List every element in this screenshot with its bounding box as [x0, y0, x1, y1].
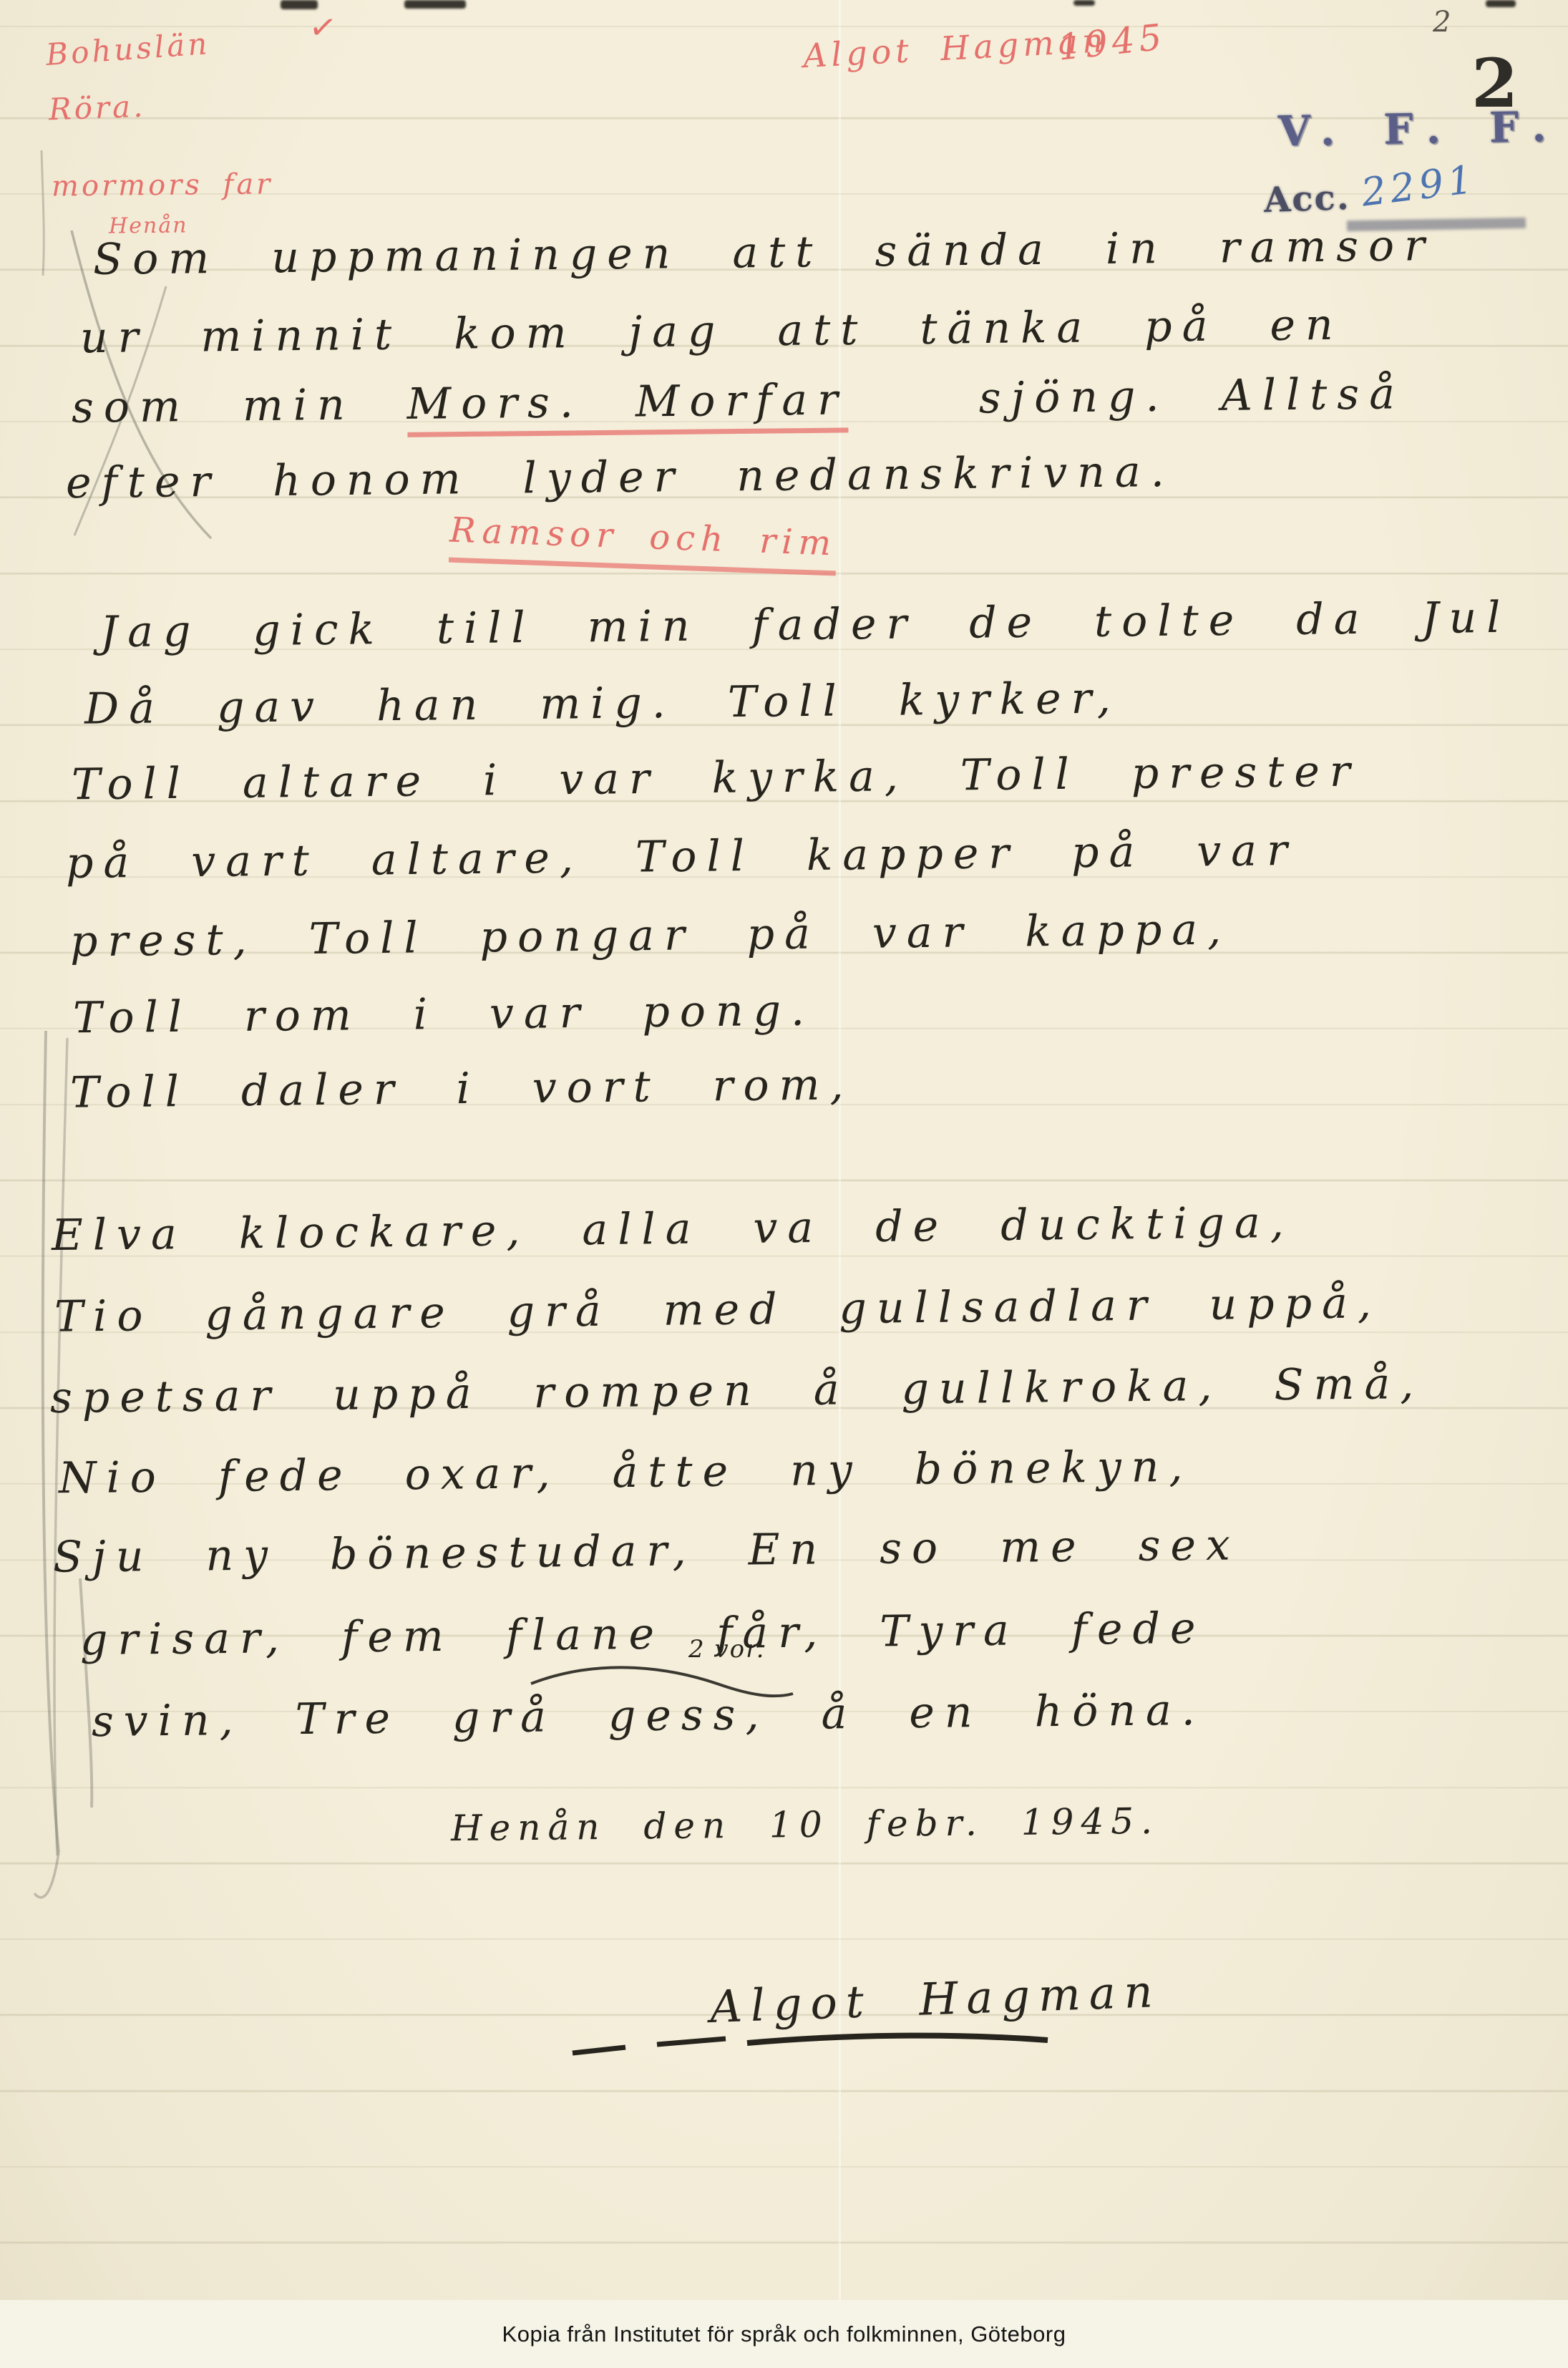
verse1-line: Toll rom i var pong. — [73, 986, 815, 1044]
dateline: Henån den 10 febr. 1945. — [451, 1800, 1160, 1849]
pencil-stroke — [42, 150, 44, 276]
interline-note: 2 vor. — [688, 1635, 765, 1664]
accession-stamp: Acc. — [1263, 178, 1350, 220]
verse1-line: Toll daler i vort rom, — [70, 1059, 854, 1117]
signature-underline — [657, 2039, 726, 2044]
intro-line-3-underlined: Mors. Morfar — [406, 374, 848, 437]
page-number-small: 2 — [1433, 6, 1451, 39]
intro-line-3-pre: som min — [72, 380, 355, 433]
annotation-kinship: mormors far — [52, 168, 273, 203]
annotation-parish: Röra. — [48, 89, 146, 127]
intro-line-3-post: sjöng. Alltså — [978, 369, 1405, 423]
signature-underline — [747, 2036, 1048, 2043]
vff-stamp: V. F. F. — [1277, 102, 1564, 156]
caption-bar: Kopia från Institutet för språk och folk… — [0, 2300, 1568, 2368]
scanned-letter-page: Bohuslän Röra. mormors far Henån ✓ Algot… — [0, 0, 1568, 2368]
pencil-stroke — [34, 1853, 59, 1898]
red-checkmark: ✓ — [306, 6, 349, 50]
caption-text: Kopia från Institutet för språk och folk… — [502, 2321, 1066, 2347]
signature-underline — [573, 2047, 625, 2053]
pencil-stroke — [80, 1578, 92, 1807]
pencil-stroke — [54, 1038, 67, 1855]
